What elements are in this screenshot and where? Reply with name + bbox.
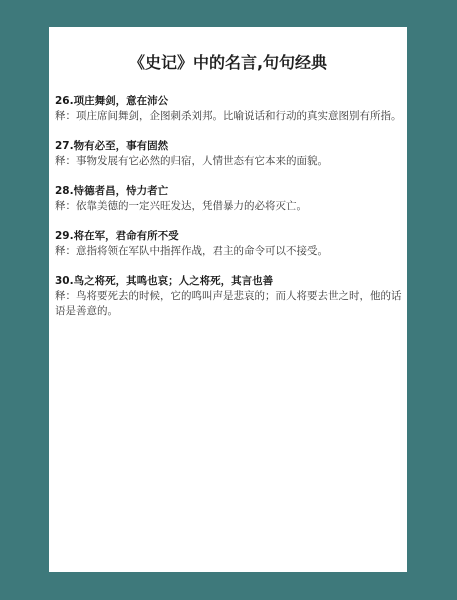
quote-explanation: 释：依靠美德的一定兴旺发达，凭借暴力的必将灭亡。 xyxy=(55,199,402,214)
quote-entry-28: 28.恃德者昌，恃力者亡 释：依靠美德的一定兴旺发达，凭借暴力的必将灭亡。 xyxy=(55,184,402,214)
document-card: 《史记》中的名言,句句经典 26.项庄舞剑，意在沛公 释：项庄席间舞剑，企图刺杀… xyxy=(49,27,407,572)
quote-list: 26.项庄舞剑，意在沛公 释：项庄席间舞剑，企图刺杀刘邦。比喻说话和行动的真实意… xyxy=(55,94,402,334)
quote-heading: 28.恃德者昌，恃力者亡 xyxy=(55,184,402,199)
quote-explanation: 释：事物发展有它必然的归宿，人情世态有它本来的面貌。 xyxy=(55,154,402,169)
quote-heading: 29.将在军，君命有所不受 xyxy=(55,229,402,244)
quote-explanation: 释：意指将领在军队中指挥作战，君主的命令可以不接受。 xyxy=(55,244,402,259)
quote-heading: 27.物有必至，事有固然 xyxy=(55,139,402,154)
document-title: 《史记》中的名言,句句经典 xyxy=(49,53,407,73)
quote-heading: 26.项庄舞剑，意在沛公 xyxy=(55,94,402,109)
quote-entry-30: 30.鸟之将死，其鸣也哀；人之将死，其言也善 释：鸟将要死去的时候，它的鸣叫声是… xyxy=(55,274,402,319)
quote-entry-27: 27.物有必至，事有固然 释：事物发展有它必然的归宿，人情世态有它本来的面貌。 xyxy=(55,139,402,169)
quote-explanation: 释：项庄席间舞剑，企图刺杀刘邦。比喻说话和行动的真实意图别有所指。 xyxy=(55,109,402,124)
quote-entry-29: 29.将在军，君命有所不受 释：意指将领在军队中指挥作战，君主的命令可以不接受。 xyxy=(55,229,402,259)
quote-explanation: 释：鸟将要死去的时候，它的鸣叫声是悲哀的；而人将要去世之时，他的话语是善意的。 xyxy=(55,289,402,319)
quote-entry-26: 26.项庄舞剑，意在沛公 释：项庄席间舞剑，企图刺杀刘邦。比喻说话和行动的真实意… xyxy=(55,94,402,124)
quote-heading: 30.鸟之将死，其鸣也哀；人之将死，其言也善 xyxy=(55,274,402,289)
